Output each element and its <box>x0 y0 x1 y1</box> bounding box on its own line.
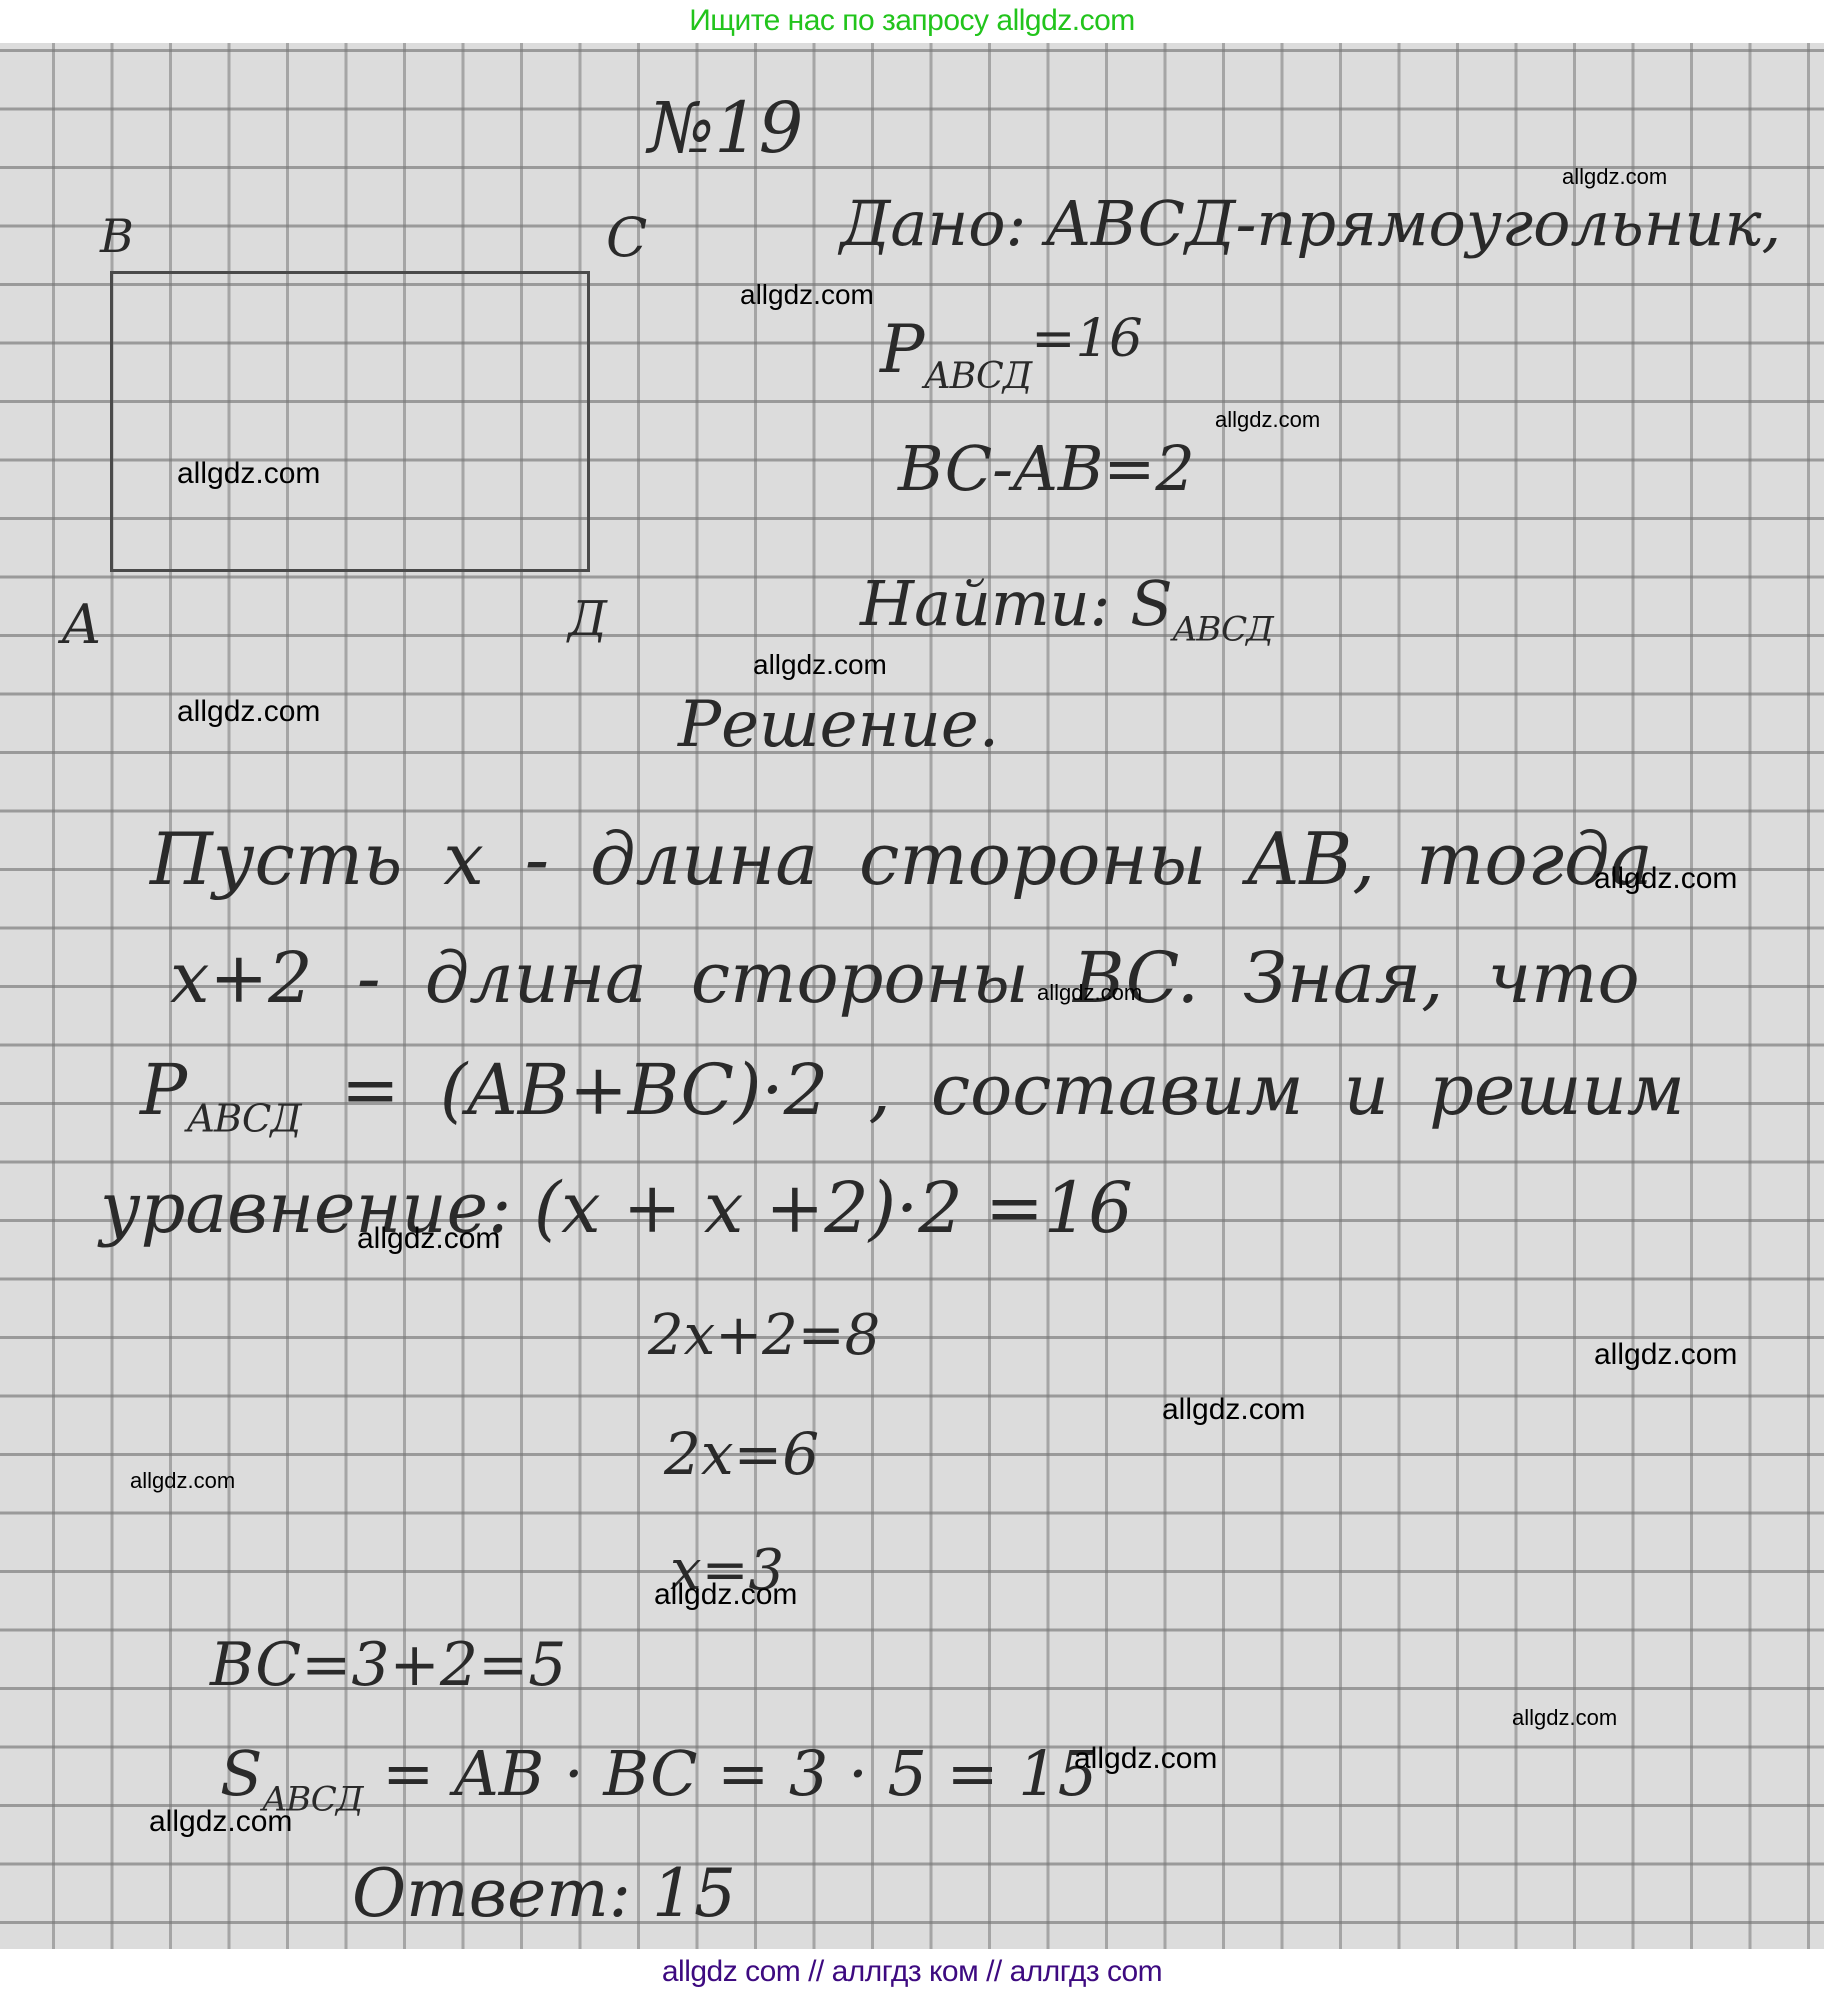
given-difference: BC-AB=2 <box>898 438 1195 500</box>
notebook-page: №19 B C A Д Дано: ABCД-прямоугольник, PA… <box>0 43 1824 1949</box>
line3-subscript: ABCД <box>187 1096 301 1141</box>
watermark: allgdz.com <box>1162 1395 1305 1425</box>
solution-heading: Решение. <box>678 693 999 757</box>
watermark: allgdz.com <box>177 697 320 727</box>
solution-line-3: PABCД = (AB+BC)·2 , составим и решим <box>140 1055 1685 1139</box>
bottom-banner[interactable]: allgdz com // аллгдз ком // аллгдз com <box>0 1950 1824 1993</box>
watermark: allgdz.com <box>1074 1744 1217 1774</box>
watermark: allgdz.com <box>1594 1340 1737 1370</box>
find-statement: Найти: SABCД <box>860 573 1273 646</box>
answer: Ответ: 15 <box>352 1861 736 1927</box>
given-rectangle: ABCД-прямоугольник, <box>1046 187 1781 260</box>
watermark: allgdz.com <box>177 459 320 489</box>
given-label: Дано: <box>840 187 1026 260</box>
perimeter-value: =16 <box>1031 308 1142 369</box>
perimeter-subscript: ABCД <box>924 354 1031 397</box>
find-symbol: S <box>1130 567 1172 640</box>
solution-line-9: SABCД = AB · BC = 3 · 5 = 15 <box>220 1743 1097 1816</box>
line3-text: = (AB+BC)·2 , составим и решим <box>341 1049 1685 1131</box>
line3-symbol: P <box>140 1049 187 1131</box>
watermark: allgdz.com <box>130 1470 235 1492</box>
vertex-label-d: Д <box>568 595 607 643</box>
vertex-label-a: A <box>62 598 101 652</box>
solution-line-4: уравнение: (x + x +2)·2 =16 <box>100 1173 1133 1243</box>
find-subscript: ABCД <box>1173 609 1273 649</box>
watermark: allgdz.com <box>1594 864 1737 894</box>
perimeter-symbol: P <box>880 311 924 388</box>
watermark: allgdz.com <box>357 1224 500 1254</box>
watermark: allgdz.com <box>1215 409 1320 431</box>
given-perimeter: PABCД=16 <box>880 313 1143 394</box>
find-label: Найти: <box>860 567 1111 640</box>
given-statement: Дано: ABCД-прямоугольник, <box>840 193 1781 255</box>
solution-line-5: 2x+2=8 <box>648 1308 880 1364</box>
vertex-label-b: B <box>100 213 134 259</box>
watermark: allgdz.com <box>1562 166 1667 188</box>
watermark: allgdz.com <box>1512 1707 1617 1729</box>
vertex-label-c: C <box>606 211 647 265</box>
area-symbol: S <box>220 1737 262 1810</box>
area-formula: = AB · BC = 3 · 5 = 15 <box>382 1737 1097 1810</box>
watermark: allgdz.com <box>753 651 887 679</box>
solution-line-1: Пусть x - длина стороны AB, тогда <box>150 823 1653 895</box>
solution-line-6: 2x=6 <box>664 1425 819 1483</box>
problem-number: №19 <box>648 93 803 163</box>
top-banner[interactable]: Ищите нас по запросу allgdz.com <box>0 0 1824 42</box>
solution-line-8: BC=3+2=5 <box>210 1635 566 1695</box>
watermark: allgdz.com <box>149 1807 292 1837</box>
solution-line-2: x+2 - длина стороны BC. Зная, что <box>170 943 1640 1013</box>
rectangle-figure <box>110 271 590 572</box>
watermark: allgdz.com <box>740 281 874 309</box>
watermark: allgdz.com <box>1037 982 1142 1004</box>
watermark: allgdz.com <box>654 1580 797 1610</box>
